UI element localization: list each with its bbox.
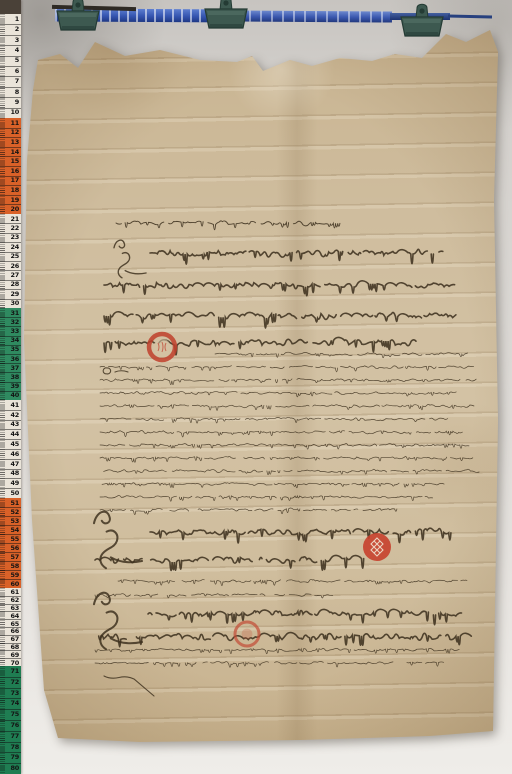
flourish-mark [94, 593, 142, 649]
ruler-number: 1 [15, 16, 19, 23]
handwritten-text-line [100, 391, 462, 397]
handwritten-text-line [100, 496, 433, 502]
ruler-number: 15 [11, 158, 19, 165]
ruler-segment: 11121314151617181920 [0, 118, 21, 214]
ruler-number: 36 [11, 356, 19, 363]
ruler-number: 56 [11, 545, 19, 552]
handwritten-text-line [100, 431, 462, 437]
swirl-mark [103, 368, 128, 374]
ruler-number: 19 [11, 197, 19, 204]
ruler-number: 4 [15, 47, 19, 54]
ruler-number: 45 [11, 441, 19, 448]
handwritten-text-line [150, 528, 451, 543]
handwritten-text-line [116, 221, 340, 230]
handwritten-text-line [95, 648, 459, 653]
ruler-number: 32 [11, 319, 19, 326]
ruler-number: 54 [11, 527, 19, 534]
handwritten-text-line [100, 417, 452, 423]
ruler-number: 58 [11, 563, 19, 570]
ruler-number: 3 [15, 37, 19, 44]
ruler-cap [0, 0, 21, 14]
measuring-ruler: 1234567891011121314151617181920212223242… [0, 0, 21, 774]
ruler-number: 31 [11, 310, 19, 317]
ruler-number: 29 [11, 291, 19, 298]
handwritten-text-line [100, 508, 397, 515]
ruler-number: 11 [11, 120, 19, 127]
ruler-number: 20 [11, 206, 19, 213]
ruler-number: 59 [11, 572, 19, 579]
clip-hole [419, 8, 424, 13]
ruler-number: 71 [11, 668, 19, 675]
ruler-number: 52 [11, 509, 19, 516]
ruler-number: 13 [11, 139, 19, 146]
ruler-number: 50 [11, 490, 19, 497]
ruler-number: 43 [11, 421, 19, 428]
ruler-number: 22 [11, 225, 19, 232]
handwritten-text-line [99, 633, 472, 647]
tail-mark [104, 676, 154, 696]
ruler-number: 8 [15, 89, 19, 96]
ruler-segment: 71727374757677787980 [0, 666, 21, 774]
ruler-number: 12 [11, 129, 19, 136]
handwritten-text-line [100, 379, 476, 385]
ruler-number: 39 [11, 383, 19, 390]
photo-of-manuscript: 1234567891011121314151617181920212223242… [0, 0, 512, 774]
ruler-number: 55 [11, 536, 19, 543]
ruler-number: 73 [11, 690, 19, 697]
handwritten-text-line [104, 469, 480, 475]
ruler-segment: 31323334353637383940 [0, 308, 21, 400]
ruler-number: 41 [11, 402, 19, 409]
ruler-number: 18 [11, 187, 19, 194]
handwritten-text-line [104, 312, 460, 328]
ruler-number: 17 [11, 177, 19, 184]
ruler-number: 42 [11, 412, 19, 419]
ruler-number: 35 [11, 346, 19, 353]
ruler-segment: 51525354555657585960 [0, 498, 21, 588]
ruler-number: 40 [11, 392, 19, 399]
ruler-number: 53 [11, 518, 19, 525]
ruler-number: 25 [11, 253, 19, 260]
ruler-number: 23 [11, 234, 19, 241]
handwritten-text-line [150, 249, 443, 264]
ruler-number: 79 [11, 754, 19, 761]
binder-clip [52, 0, 104, 36]
ruler-number: 30 [11, 300, 19, 307]
ruler-number: 76 [11, 722, 19, 729]
ruler-number: 37 [11, 365, 19, 372]
handwritten-text-line [95, 661, 444, 667]
ruler-number: 10 [11, 109, 19, 116]
ruler-number: 5 [15, 57, 19, 64]
ruler-number: 26 [11, 263, 19, 270]
ruler-number: 49 [11, 480, 19, 487]
ruler-number: 47 [11, 461, 19, 468]
handwriting-ink-layer [0, 0, 512, 774]
handwritten-text-line [100, 404, 474, 410]
handwritten-text-line [118, 579, 471, 585]
ruler-number: 24 [11, 244, 19, 251]
red-seal-stamp [235, 622, 259, 646]
ruler-number: 14 [11, 149, 19, 156]
ruler-number: 44 [11, 431, 19, 438]
ruler-number: 48 [11, 470, 19, 477]
red-seal-stamp [363, 533, 391, 561]
handwritten-text-line [95, 593, 336, 598]
red-seal-stamp [149, 334, 175, 360]
binder-clip [200, 0, 252, 34]
handwritten-text-line [148, 609, 462, 624]
ruler-number: 16 [11, 168, 19, 175]
ruler-number: 27 [11, 272, 19, 279]
ruler-segment: 41424344454647484950 [0, 400, 21, 498]
clip-hole [223, 0, 228, 5]
handwritten-text-line [100, 366, 474, 372]
ruler-number: 34 [11, 337, 19, 344]
binder-clip [396, 2, 448, 42]
ruler-segment: 21222324252627282930 [0, 214, 21, 308]
ruler-number: 2 [15, 26, 19, 33]
ruler-number: 46 [11, 451, 19, 458]
ruler-number: 60 [11, 581, 19, 588]
ruler-number: 7 [15, 78, 19, 85]
ruler-number: 9 [15, 99, 19, 106]
ruler-number: 78 [11, 744, 19, 751]
ruler-number: 6 [15, 68, 19, 75]
clip-hole [75, 2, 80, 7]
ruler-segment: 12345678910 [0, 14, 21, 118]
ruler-segment: 61626364656667686970 [0, 588, 21, 666]
ruler-number: 75 [11, 711, 19, 718]
ruler-number: 51 [11, 500, 19, 507]
ruler-number: 38 [11, 374, 19, 381]
ruler-number: 72 [11, 679, 19, 686]
ruler-number: 33 [11, 328, 19, 335]
ruler-number: 74 [11, 700, 19, 707]
ruler-number: 21 [11, 216, 19, 223]
ruler-number: 80 [11, 765, 19, 772]
handwritten-text-line [100, 456, 473, 462]
handwritten-text-line [215, 352, 468, 358]
ruler-number: 28 [11, 281, 19, 288]
handwritten-text-line [102, 483, 444, 488]
handwritten-text-line [104, 281, 455, 296]
ruler-number: 57 [11, 554, 19, 561]
flourish-mark [114, 240, 146, 278]
ruler-number: 77 [11, 733, 19, 740]
handwritten-text-line [100, 443, 469, 449]
